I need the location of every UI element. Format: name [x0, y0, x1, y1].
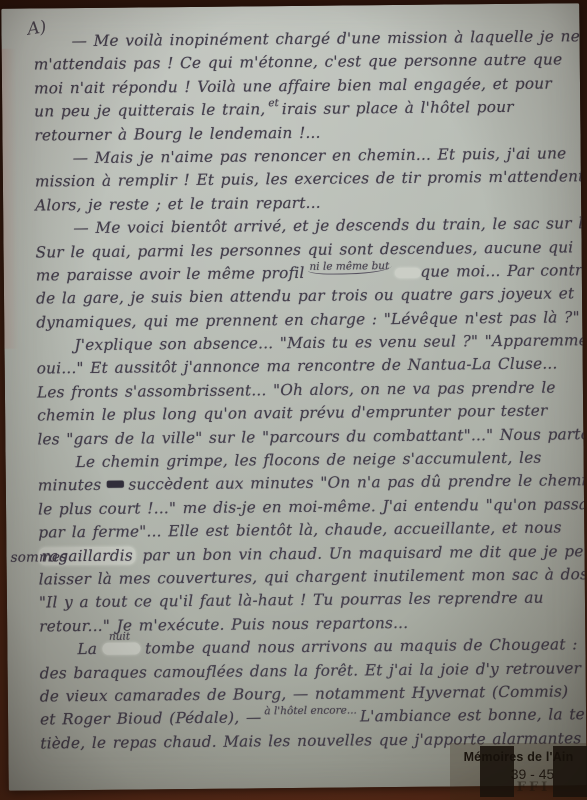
watermark-logo-text: FFI: [450, 780, 587, 795]
line-text: que moi... Par contre, à l'entrée: [420, 260, 587, 280]
inserted-phrase: à l'hôtel encore...: [264, 705, 357, 718]
line-text: et Roger Bioud (Pédale), —: [40, 709, 262, 729]
line-text: L'ambiance est bonne, la température: [360, 705, 587, 726]
photo-background: A) — Me voilà inopinément chargé d'une m…: [0, 0, 587, 800]
line-text: par un bon vin chaud. Un maquisard me di…: [142, 542, 586, 564]
line-text: irais sur place à l'hôtel pour: [282, 98, 514, 118]
line-text: un peu je quitterais le train,: [34, 100, 265, 120]
inserted-word: nuit: [109, 626, 130, 650]
line-text: minutes: [38, 476, 102, 495]
watermark: Mémoires de l'Ain 39 - 45 FFI: [450, 743, 587, 800]
line-text: tombe quand nous arrivons au maquis de C…: [145, 635, 578, 657]
watermark-text: Mémoires de l'Ain 39 - 45 FFI: [450, 743, 587, 800]
line-text: La: [77, 640, 97, 658]
inserted-word: et: [268, 97, 279, 109]
whiteout-correction: nuit: [102, 638, 140, 662]
manuscript-page: A) — Me voilà inopinément chargé d'une m…: [1, 3, 586, 791]
whiteout-patch: [394, 268, 420, 278]
manuscript-text: — Me voilà inopinément chargé d'une miss…: [33, 25, 584, 755]
inserted-phrase: ni le même but: [307, 260, 391, 275]
line-text: succèdent aux minutes "On n'a pas dû pre…: [128, 472, 586, 494]
margin-word: sommes: [10, 546, 67, 570]
ink-blot: [106, 481, 123, 488]
line-text: me paraisse avoir le même profil: [36, 264, 305, 285]
watermark-title: Mémoires de l'Ain: [450, 750, 587, 764]
